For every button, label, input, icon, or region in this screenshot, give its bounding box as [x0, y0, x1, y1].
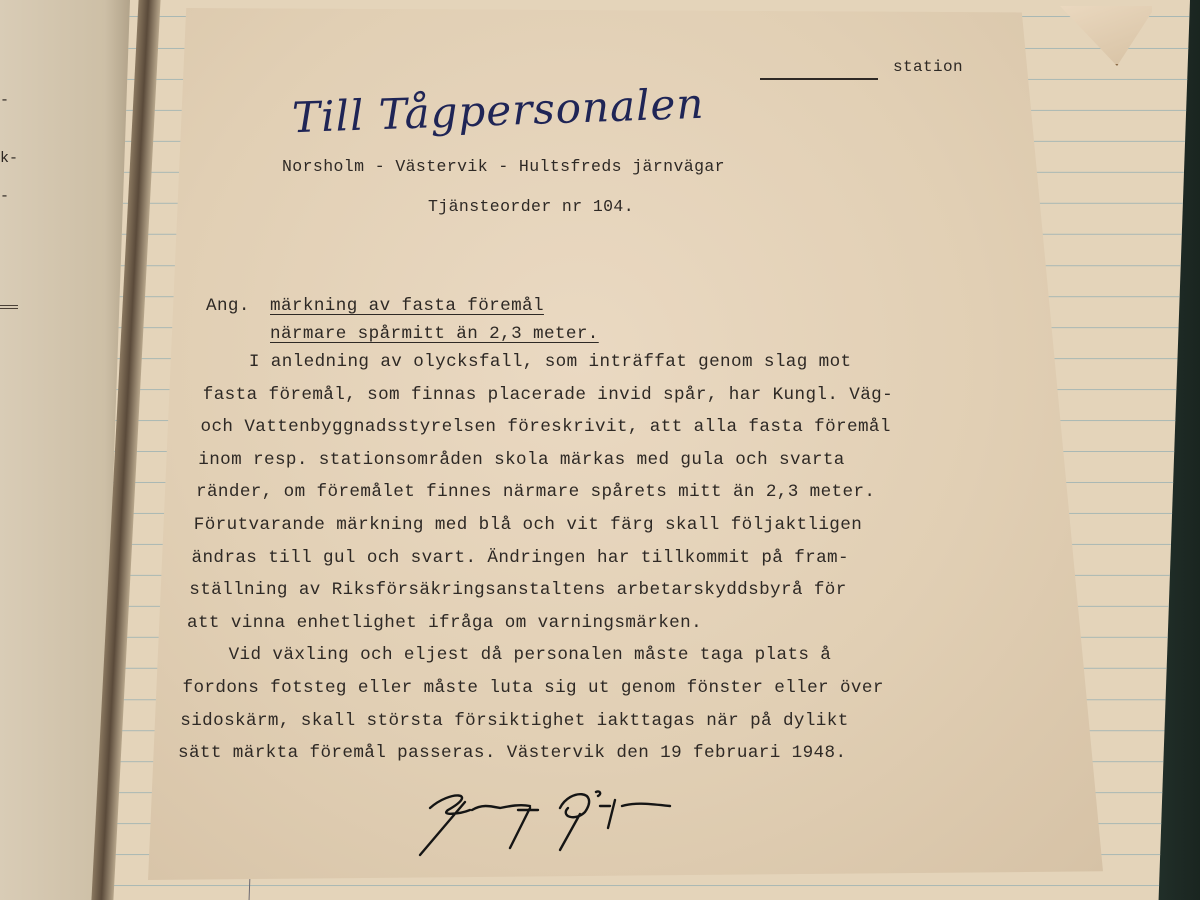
left-page-rule	[0, 308, 18, 309]
body-line: ränder, om föremålet finnes närmare spår…	[196, 482, 875, 502]
station-blank-line	[760, 78, 878, 80]
body-line: sätt märkta föremål passeras. Västervik …	[178, 743, 846, 763]
body-line: fasta föremål, som finnas placerade invi…	[203, 385, 893, 405]
order-title: Tjänsteorder nr 104.	[428, 197, 634, 216]
subject-line-1: märkning av fasta föremål	[270, 296, 544, 316]
left-page-fragment: -	[0, 92, 9, 109]
signature: Gustaf Björke	[410, 780, 730, 860]
body-line: sidoskärm, skall största försiktighet ia…	[180, 711, 848, 731]
left-page-rule	[0, 305, 18, 306]
subject-line-2: närmare spårmitt än 2,3 meter.	[270, 324, 599, 344]
body-line: ändras till gul och svart. Ändringen har…	[192, 548, 849, 568]
body-line: inom resp. stationsområden skola märkas …	[198, 450, 845, 470]
body-line: och Vattenbyggnadsstyrelsen föreskrivit,…	[201, 417, 891, 437]
body-line: ställning av Riksförsäkringsanstaltens a…	[189, 580, 846, 600]
subject-prefix: Ang.	[206, 296, 250, 316]
body-line: fordons fotsteg eller måste luta sig ut …	[183, 678, 884, 698]
body-line: I anledning av olycksfall, som inträffat…	[205, 352, 852, 372]
railway-name: Norsholm - Västervik - Hultsfreds järnvä…	[282, 157, 725, 176]
body-line: att vinna enhetlighet ifråga om varnings…	[187, 613, 702, 633]
station-label: station	[893, 58, 963, 76]
left-page-fragment: k-	[0, 150, 18, 167]
left-page-fragment: -	[0, 188, 9, 205]
body-line: Förutvarande märkning med blå och vit fä…	[194, 515, 862, 535]
body-line: Vid växling och eljest då personalen mås…	[185, 645, 832, 665]
